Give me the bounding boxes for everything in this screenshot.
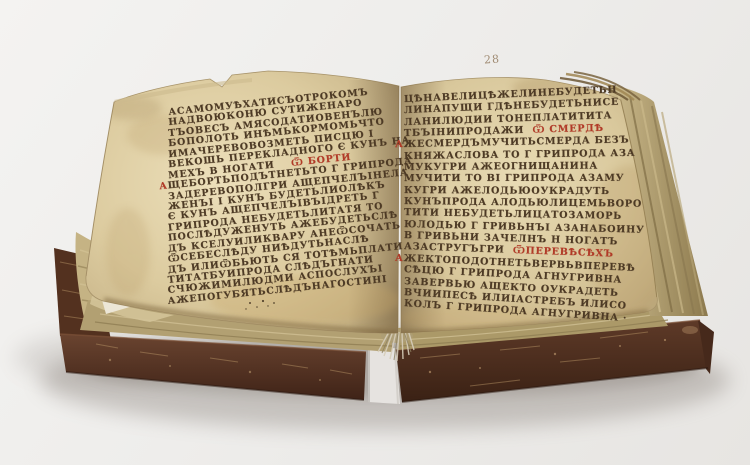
stain bbox=[106, 208, 150, 296]
book-illustration bbox=[0, 0, 750, 465]
manuscript-photo: АСАМОМУѢХАТИСЪОТРОКОМЪНАДВОЮКОНЮ СУТИЖЕН… bbox=[0, 0, 750, 465]
stain bbox=[127, 115, 203, 155]
spine-gap bbox=[368, 348, 400, 404]
stain bbox=[210, 276, 400, 324]
